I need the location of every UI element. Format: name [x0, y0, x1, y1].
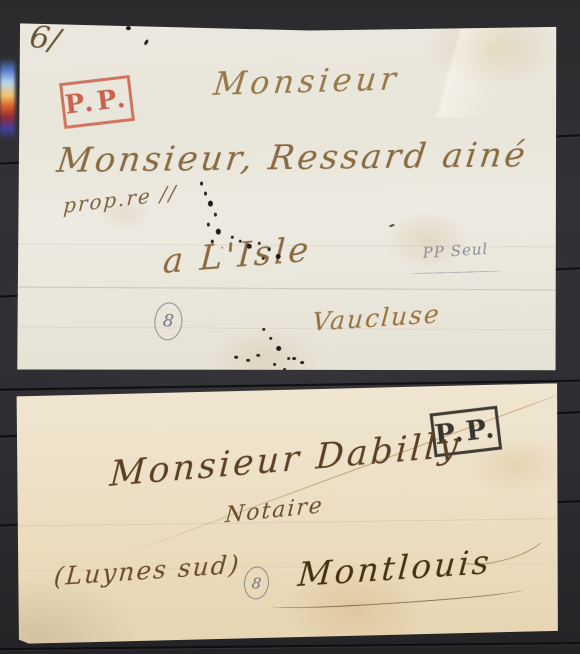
ink-speck	[389, 224, 395, 228]
ink-speck	[144, 39, 150, 46]
pp-handstamp-red: P.P.	[59, 75, 135, 129]
fold-crease	[16, 327, 556, 332]
prism-light-artifact	[0, 58, 15, 140]
ink-smudge-cluster	[200, 182, 203, 186]
ink-smudge-cluster	[262, 328, 265, 331]
paper-flap-highlight	[377, 22, 557, 118]
pencil-circled-number: 8	[153, 301, 184, 341]
fold-crease	[17, 287, 557, 292]
address-note-line: prop.re //	[63, 180, 178, 218]
circled-number-value: 8	[162, 311, 175, 332]
bottom-letter: P.P. Monsieur Dabilly Notaire (Luynes su…	[13, 382, 562, 645]
address-destination: a L'Isle	[162, 229, 313, 282]
address-name-line: Monsieur, Ressard ainé	[55, 135, 531, 181]
top-letter: 6/ P.P. Monsieur Monsieur, Ressard ainé …	[16, 21, 558, 375]
ink-smudge-cluster	[231, 236, 234, 239]
stockbook-background: 6/ P.P. Monsieur Monsieur, Ressard ainé …	[0, 0, 580, 654]
pencil-underline	[412, 271, 500, 275]
address-salutation: Monsieur	[212, 59, 402, 103]
manuscript-rate: 6/	[27, 19, 63, 59]
origin-cursive-note: (Luynes sud)	[53, 550, 242, 592]
address-department: Vaucluse	[311, 299, 441, 336]
ink-smudge-cluster	[234, 356, 238, 359]
pencil-expert-note: PP Seul	[422, 240, 489, 262]
pp-handstamp-red-label: P.P.	[63, 83, 131, 120]
address-name-line: Monsieur Dabilly	[109, 425, 462, 495]
pencil-circled-number: 8	[242, 565, 270, 601]
circled-number-value: 8	[251, 573, 262, 592]
ink-speck	[126, 26, 131, 30]
